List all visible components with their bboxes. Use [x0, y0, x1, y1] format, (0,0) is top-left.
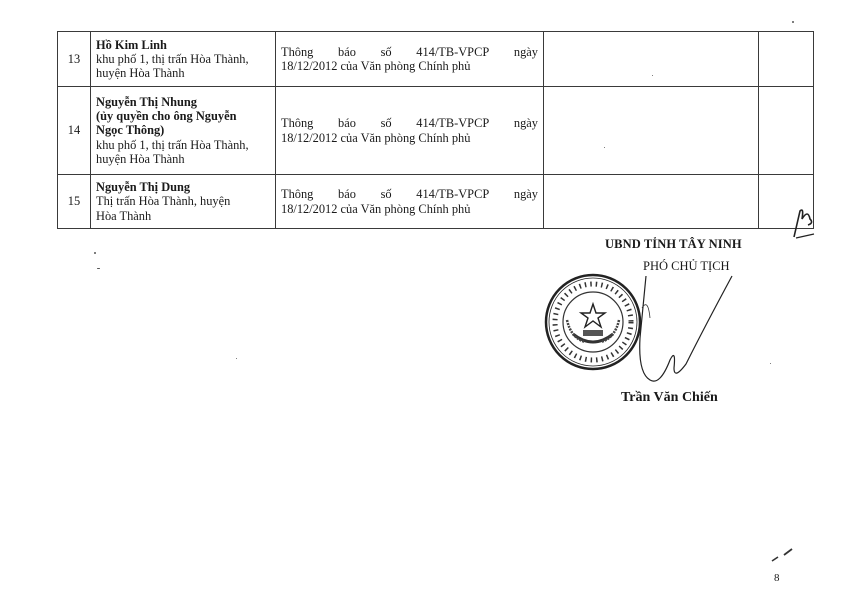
- recipients-table: 13Hồ Kim Linhkhu phố 1, thị trấn Hòa Thà…: [57, 31, 814, 229]
- ink-mark-icon: [770, 545, 800, 565]
- empty-cell: [544, 32, 759, 87]
- legal-basis-word: Thông: [281, 116, 313, 130]
- empty-cell: [544, 175, 759, 229]
- legal-basis-line: Thôngbáosố414/TB-VPCPngày: [281, 45, 538, 59]
- legal-basis-cell: Thôngbáosố414/TB-VPCPngày18/12/2012 của …: [276, 32, 544, 87]
- scan-speck: [770, 363, 771, 364]
- legal-basis-word: 414/TB-VPCP: [416, 187, 489, 201]
- legal-basis-cell: Thôngbáosố414/TB-VPCPngày18/12/2012 của …: [276, 87, 544, 175]
- table-row: 14Nguyễn Thị Nhung(ủy quyền cho ông Nguy…: [58, 87, 814, 175]
- empty-cell: [759, 32, 814, 87]
- scan-speck: [604, 147, 605, 148]
- scan-speck: [236, 358, 237, 359]
- legal-basis-word: Thông: [281, 45, 313, 59]
- legal-basis-word: báo: [338, 116, 356, 130]
- legal-basis-word: số: [381, 45, 392, 59]
- recipient-name-line: Nguyễn Thị Nhung: [96, 95, 275, 109]
- recipient-address-line: Hòa Thành: [96, 209, 275, 223]
- issuing-organization: UBND TỈNH TÂY NINH: [605, 237, 742, 252]
- recipient-address-line: khu phố 1, thị trấn Hòa Thành,: [96, 138, 275, 152]
- scan-speck: [97, 268, 100, 269]
- legal-basis-word: 414/TB-VPCP: [416, 45, 489, 59]
- legal-basis-word: 414/TB-VPCP: [416, 116, 489, 130]
- legal-basis-line: Thôngbáosố414/TB-VPCPngày: [281, 116, 538, 130]
- legal-basis-word: báo: [338, 187, 356, 201]
- recipient-name-line: Nguyễn Thị Dung: [96, 180, 275, 194]
- empty-cell: [544, 87, 759, 175]
- recipient-address-line: Thị trấn Hòa Thành, huyện: [96, 194, 275, 208]
- scan-speck: [652, 75, 653, 76]
- scan-speck: [792, 21, 794, 23]
- legal-basis-word: báo: [338, 45, 356, 59]
- page-initial-icon: [790, 205, 820, 240]
- legal-basis-line: Thôngbáosố414/TB-VPCPngày: [281, 187, 538, 201]
- legal-basis-cell: Thôngbáosố414/TB-VPCPngày18/12/2012 của …: [276, 175, 544, 229]
- legal-basis-word: Thông: [281, 187, 313, 201]
- recipient-cell: Nguyễn Thị Nhung(ủy quyền cho ông Nguyễn…: [91, 87, 276, 175]
- document-page: 13Hồ Kim Linhkhu phố 1, thị trấn Hòa Thà…: [0, 0, 842, 595]
- recipient-name-line: Hồ Kim Linh: [96, 38, 275, 52]
- official-seal-icon: [543, 272, 643, 372]
- legal-basis-word: ngày: [514, 116, 538, 130]
- recipient-cell: Hồ Kim Linhkhu phố 1, thị trấn Hòa Thành…: [91, 32, 276, 87]
- handwritten-signature-icon: [630, 268, 740, 398]
- legal-basis-line: 18/12/2012 của Văn phòng Chính phủ: [281, 131, 538, 145]
- table-row: 13Hồ Kim Linhkhu phố 1, thị trấn Hòa Thà…: [58, 32, 814, 87]
- row-number: 14: [58, 87, 91, 175]
- page-number: 8: [774, 572, 780, 584]
- recipient-cell: Nguyễn Thị DungThị trấn Hòa Thành, huyện…: [91, 175, 276, 229]
- legal-basis-word: ngày: [514, 187, 538, 201]
- legal-basis-line: 18/12/2012 của Văn phòng Chính phủ: [281, 202, 538, 216]
- row-number: 15: [58, 175, 91, 229]
- recipient-name-line: (ủy quyền cho ông Nguyễn: [96, 109, 275, 123]
- legal-basis-line: 18/12/2012 của Văn phòng Chính phủ: [281, 59, 538, 73]
- row-number: 13: [58, 32, 91, 87]
- recipient-address-line: khu phố 1, thị trấn Hòa Thành,: [96, 52, 275, 66]
- legal-basis-word: số: [381, 116, 392, 130]
- recipient-address-line: huyện Hòa Thành: [96, 66, 275, 80]
- recipient-address-line: huyện Hòa Thành: [96, 152, 275, 166]
- legal-basis-word: số: [381, 187, 392, 201]
- recipient-name-line: Ngọc Thông): [96, 123, 275, 137]
- legal-basis-word: ngày: [514, 45, 538, 59]
- empty-cell: [759, 87, 814, 175]
- table-row: 15Nguyễn Thị DungThị trấn Hòa Thành, huy…: [58, 175, 814, 229]
- scan-speck: [94, 252, 96, 254]
